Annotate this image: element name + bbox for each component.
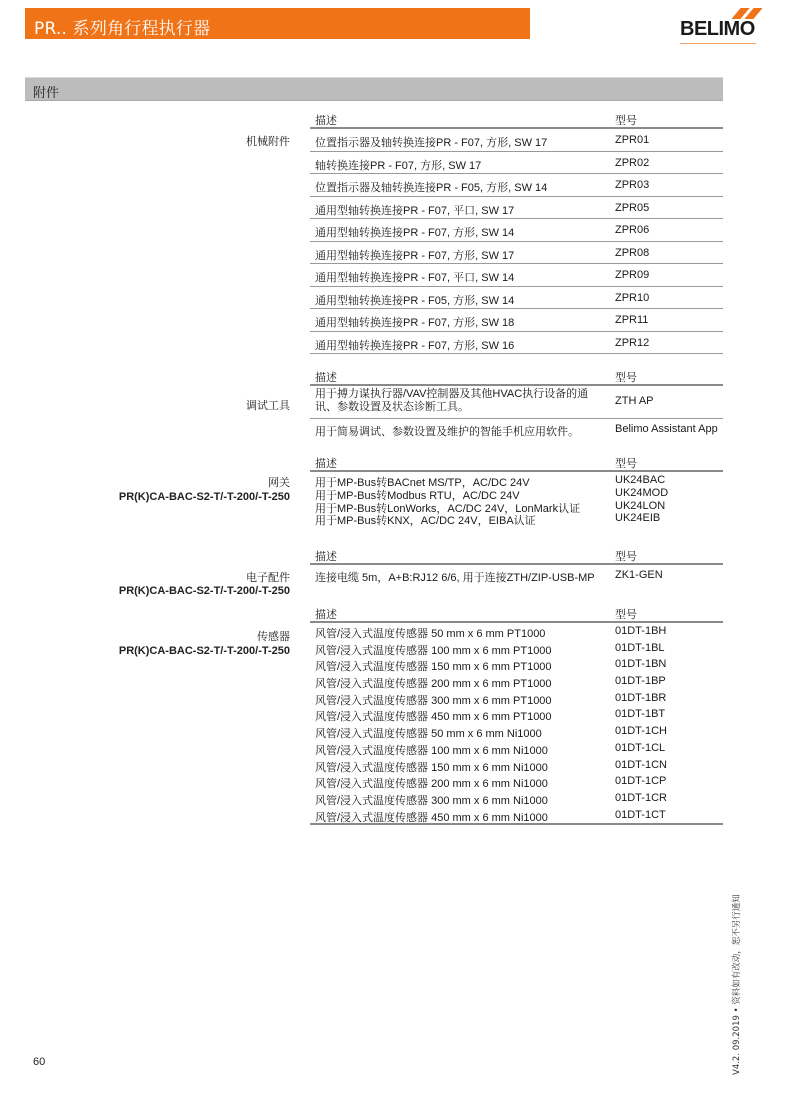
row-description: 通用型轴转换连接PR - F07, 方形, SW 17 [315,247,514,263]
row-model: UK24EIB [615,512,660,524]
row-description: 位置指示器及轴转换连接PR - F05, 方形, SW 14 [315,179,547,195]
row-model: UK24MOD [615,487,668,499]
row-model: ZK1-GEN [615,569,663,581]
row-model: ZPR11 [615,314,648,326]
table-row: 通用型轴转换连接PR - F07, 方形, SW 17ZPR08 [310,242,723,265]
table-row: 通用型轴转换连接PR - F05, 方形, SW 14ZPR10 [310,287,723,310]
row-model: 01DT-1BT [615,708,665,720]
group-label: 电子配件 [246,569,290,585]
group-model-range: PR(K)CA-BAC-S2-T/-T-200/-T-250 [119,645,290,657]
row-model: ZPR10 [615,292,649,304]
row-model: Belimo Assistant App [615,423,718,435]
row-description: 通用型轴转换连接PR - F07, 平口, SW 17 [315,202,514,218]
accessory-table-gateway: 描述 型号 用于MP-Bus转BACnet MS/TP，AC/DC 24VUK2… [310,452,723,525]
table-row: 用于搏力谋执行器/VAV控制器及其他HVAC执行设备的通讯、参数设置及状态诊断工… [310,386,723,419]
row-description: 风管/浸入式温度传感器 50 mm x 6 mm Ni1000 [315,725,542,741]
row-model: 01DT-1BP [615,675,666,687]
column-header-model: 型号 [615,548,637,564]
belimo-logo: BELIMO [680,6,780,42]
row-model: 01DT-1BR [615,692,666,704]
row-description: 通用型轴转换连接PR - F07, 方形, SW 18 [315,314,514,330]
row-model: ZPR08 [615,247,649,259]
row-description: 风管/浸入式温度传感器 200 mm x 6 mm PT1000 [315,675,552,691]
table-row: 位置指示器及轴转换连接PR - F07, 方形, SW 17ZPR01 [310,129,723,152]
row-description: 通用型轴转换连接PR - F07, 平口, SW 14 [315,269,514,285]
row-description: 风管/浸入式温度传感器 450 mm x 6 mm Ni1000 [315,809,548,825]
row-description: 风管/浸入式温度传感器 150 mm x 6 mm Ni1000 [315,759,548,775]
row-model: ZPR09 [615,269,649,281]
column-header-description: 描述 [315,606,337,622]
group-label: 传感器 [257,628,290,644]
logo-text: BELIMO [680,18,755,41]
column-header-model: 型号 [615,112,637,128]
row-model: ZPR06 [615,224,649,236]
table-row: 风管/浸入式温度传感器 150 mm x 6 mm Ni100001DT-1CN [310,757,723,774]
row-model: ZPR12 [615,337,649,349]
accessory-table-sensors: 描述 型号 风管/浸入式温度传感器 50 mm x 6 mm PT100001D… [310,603,723,825]
version-note: V4.2. 09.2019 • 资料如有改动，恕不另行通知 [730,894,742,1075]
page-title: PR.. 系列角行程执行器 [34,14,210,39]
group-label: 网关 [268,474,290,490]
accessory-table-electrical: 描述 型号 连接电缆 5m，A+B:RJ12 6/6, 用于连接ZTH/ZIP-… [310,545,723,587]
table-row: 用于简易调试、参数设置及维护的智能手机应用软件。 Belimo Assistan… [310,419,723,441]
row-description: 风管/浸入式温度传感器 300 mm x 6 mm Ni1000 [315,792,548,808]
row-model: UK24LON [615,500,665,512]
row-model: 01DT-1BL [615,642,665,654]
table-header: 描述 型号 [310,452,723,472]
table-row: 风管/浸入式温度传感器 450 mm x 6 mm Ni100001DT-1CT [310,807,723,824]
table-row: 通用型轴转换连接PR - F07, 平口, SW 14ZPR09 [310,264,723,287]
row-model: ZPR01 [615,134,649,146]
table-row: 用于MP-Bus转Modbus RTU，AC/DC 24VUK24MOD [310,487,723,500]
row-description: 通用型轴转换连接PR - F05, 方形, SW 14 [315,292,514,308]
table-row: 通用型轴转换连接PR - F07, 方形, SW 16ZPR12 [310,332,723,355]
table-row: 通用型轴转换连接PR - F07, 方形, SW 18ZPR11 [310,309,723,332]
logo-underline [680,43,756,44]
table-row: 风管/浸入式温度传感器 50 mm x 6 mm Ni100001DT-1CH [310,723,723,740]
table-row: 用于MP-Bus转KNX，AC/DC 24V，EIBA认证UK24EIB [310,512,723,525]
column-header-description: 描述 [315,455,337,471]
table-row: 风管/浸入式温度传感器 200 mm x 6 mm PT100001DT-1BP [310,673,723,690]
column-header-model: 型号 [615,369,637,385]
column-header-description: 描述 [315,548,337,564]
group-model-range: PR(K)CA-BAC-S2-T/-T-200/-T-250 [119,491,290,503]
row-model: 01DT-1CT [615,809,666,821]
column-header-model: 型号 [615,606,637,622]
table-row: 通用型轴转换连接PR - F07, 方形, SW 14ZPR06 [310,219,723,242]
row-description: 风管/浸入式温度传感器 150 mm x 6 mm PT1000 [315,658,552,674]
column-header-description: 描述 [315,369,337,385]
group-label: 调试工具 [246,397,290,413]
row-model: 01DT-1CL [615,742,665,754]
table-row: 风管/浸入式温度传感器 100 mm x 6 mm PT100001DT-1BL [310,640,723,657]
table-header: 描述 型号 [310,109,723,129]
table-row: 风管/浸入式温度传感器 300 mm x 6 mm PT100001DT-1BR [310,690,723,707]
row-model: 01DT-1CP [615,775,666,787]
table-row: 风管/浸入式温度传感器 150 mm x 6 mm PT100001DT-1BN [310,656,723,673]
row-description: 风管/浸入式温度传感器 100 mm x 6 mm Ni1000 [315,742,548,758]
row-model: ZPR05 [615,202,649,214]
row-description: 轴转换连接PR - F07, 方形, SW 17 [315,157,481,173]
row-model: 01DT-1BN [615,658,666,670]
row-description: 通用型轴转换连接PR - F07, 方形, SW 16 [315,337,514,353]
accessory-table-tools: 描述 型号 用于搏力谋执行器/VAV控制器及其他HVAC执行设备的通讯、参数设置… [310,366,723,441]
table-row: 风管/浸入式温度传感器 450 mm x 6 mm PT100001DT-1BT [310,706,723,723]
row-description: 通用型轴转换连接PR - F07, 方形, SW 14 [315,224,514,240]
section-band: 附件 [25,77,723,101]
table-row: 风管/浸入式温度传感器 300 mm x 6 mm Ni100001DT-1CR [310,790,723,807]
table-row: 位置指示器及轴转换连接PR - F05, 方形, SW 14ZPR03 [310,174,723,197]
row-model: 01DT-1CN [615,759,667,771]
table-row: 通用型轴转换连接PR - F07, 平口, SW 17ZPR05 [310,197,723,220]
column-header-description: 描述 [315,112,337,128]
row-model: 01DT-1CH [615,725,667,737]
column-header-model: 型号 [615,455,637,471]
row-description: 用于搏力谋执行器/VAV控制器及其他HVAC执行设备的通讯、参数设置及状态诊断工… [315,388,605,414]
table-header: 描述 型号 [310,366,723,386]
page-number: 60 [33,1056,45,1068]
table-row: 风管/浸入式温度传感器 50 mm x 6 mm PT100001DT-1BH [310,623,723,640]
table-row: 风管/浸入式温度传感器 100 mm x 6 mm Ni100001DT-1CL [310,740,723,757]
row-model: 01DT-1BH [615,625,666,637]
table-row: 用于MP-Bus转LonWorks，AC/DC 24V，LonMark认证UK2… [310,500,723,513]
page-header-bar: PR.. 系列角行程执行器 [25,8,530,39]
row-description: 风管/浸入式温度传感器 200 mm x 6 mm Ni1000 [315,775,548,791]
row-description: 位置指示器及轴转换连接PR - F07, 方形, SW 17 [315,134,547,150]
row-model: ZTH AP [615,395,654,407]
table-row: 连接电缆 5m，A+B:RJ12 6/6, 用于连接ZTH/ZIP-USB-MP… [310,565,723,587]
row-model: ZPR02 [615,157,649,169]
row-model: UK24BAC [615,474,665,486]
row-description: 风管/浸入式温度传感器 300 mm x 6 mm PT1000 [315,692,552,708]
accessory-table-mechanical: 描述 型号 位置指示器及轴转换连接PR - F07, 方形, SW 17ZPR0… [310,109,723,354]
table-row: 用于MP-Bus转BACnet MS/TP，AC/DC 24VUK24BAC [310,474,723,487]
row-model: 01DT-1CR [615,792,667,804]
group-model-range: PR(K)CA-BAC-S2-T/-T-200/-T-250 [119,585,290,597]
row-description: 用于简易调试、参数设置及维护的智能手机应用软件。 [315,423,579,439]
row-description: 风管/浸入式温度传感器 100 mm x 6 mm PT1000 [315,642,552,658]
row-description: 连接电缆 5m，A+B:RJ12 6/6, 用于连接ZTH/ZIP-USB-MP [315,569,595,585]
table-row: 轴转换连接PR - F07, 方形, SW 17ZPR02 [310,152,723,175]
table-header: 描述 型号 [310,603,723,623]
table-header: 描述 型号 [310,545,723,565]
row-description: 风管/浸入式温度传感器 50 mm x 6 mm PT1000 [315,625,545,641]
group-label: 机械附件 [246,133,290,149]
table-row: 风管/浸入式温度传感器 200 mm x 6 mm Ni100001DT-1CP [310,773,723,790]
row-description: 风管/浸入式温度传感器 450 mm x 6 mm PT1000 [315,708,552,724]
row-model: ZPR03 [615,179,649,191]
section-title: 附件 [33,82,59,101]
row-description: 用于MP-Bus转KNX，AC/DC 24V，EIBA认证 [315,512,536,528]
